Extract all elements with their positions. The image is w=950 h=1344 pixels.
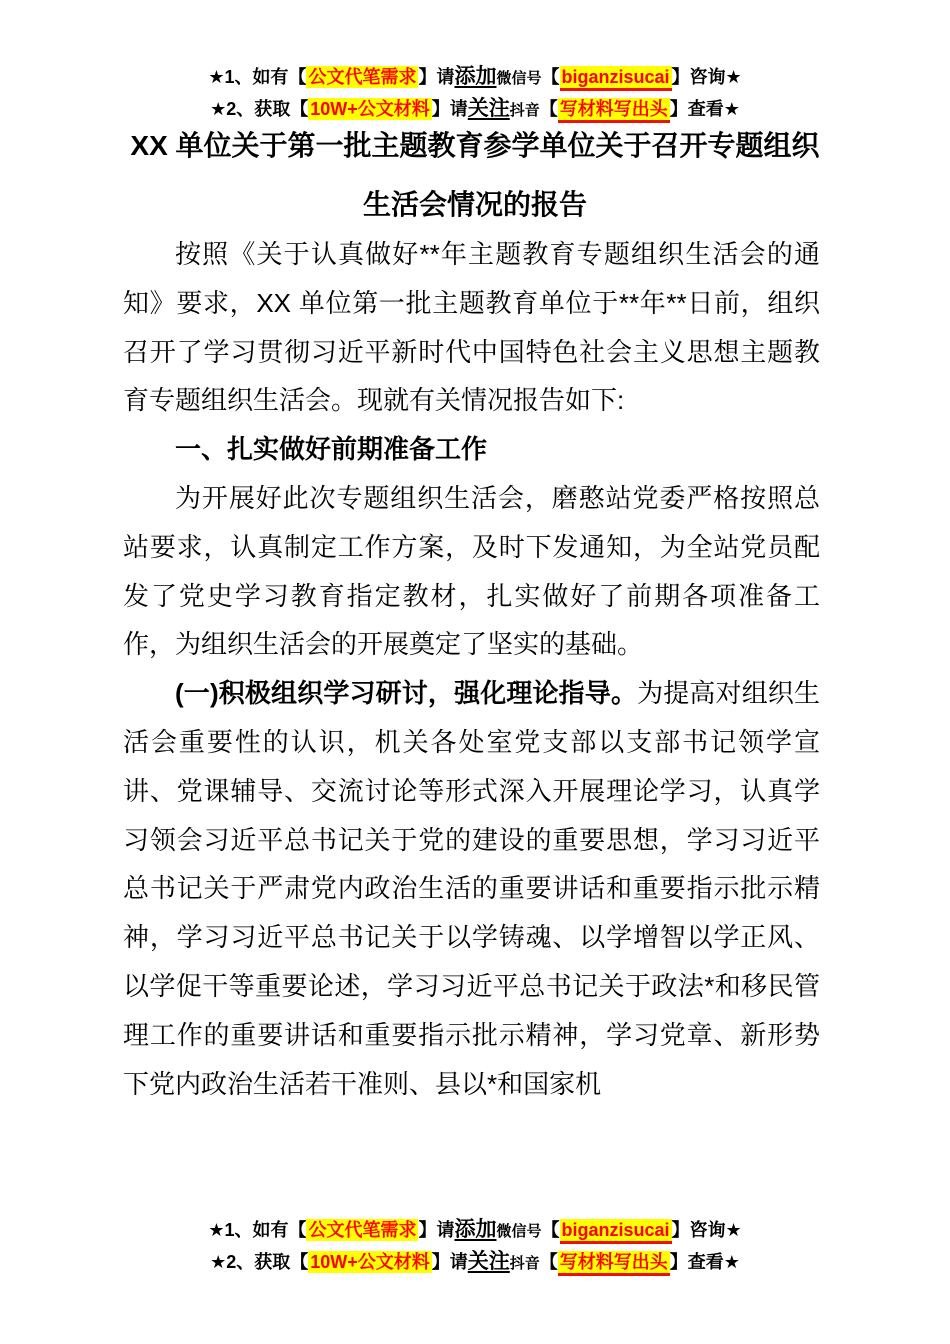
document-title: XX 单位关于第一批主题教育参学单位关于召开专题组织生活会情况的报告 (125, 116, 825, 234)
promo-line-1: ★1、如有【公文代笔需求】请添加微信号【biganzisucai】咨询★ (0, 62, 950, 94)
promo-tail-text: 】咨询★ (672, 1220, 742, 1240)
section-heading-1: 一、扎实做好前期准备工作 (123, 425, 820, 474)
promo-line-1: ★1、如有【公文代笔需求】请添加微信号【biganzisucai】咨询★ (0, 1215, 950, 1247)
promo-highlight-service: 公文代笔需求 (306, 1219, 418, 1241)
document-page: ★1、如有【公文代笔需求】请添加微信号【biganzisucai】咨询★ ★2、… (0, 0, 950, 1344)
promo-tail-text: 】查看★ (670, 1252, 740, 1272)
promo-line-2: ★2、获取【10W+公文材料】请关注抖音【写材料写出头】查看★ (0, 1247, 950, 1279)
promo-banner-bottom: ★1、如有【公文代笔需求】请添加微信号【biganzisucai】咨询★ ★2、… (0, 1215, 950, 1279)
promo-channel-label: 微信号 (496, 1223, 541, 1240)
promo-action-underlined: 添加 (454, 1218, 496, 1241)
promo-bracket-text: 】请 (418, 1220, 454, 1240)
promo-highlight-service: 公文代笔需求 (306, 66, 418, 88)
promo-channel-label: 抖音 (510, 1255, 540, 1272)
paragraph-intro: 按照《关于认真做好**年主题教育专题组织生活会的通知》要求，XX 单位第一批主题… (123, 230, 820, 425)
document-body: 按照《关于认真做好**年主题教育专题组织生活会的通知》要求，XX 单位第一批主题… (123, 230, 820, 1108)
paragraph-study: (一)积极组织学习研讨，强化理论指导。为提高对组织生活会重要性的认识，机关各处室… (123, 669, 820, 1108)
promo-action-underlined: 添加 (454, 65, 496, 88)
promo-bracket-text: 】请 (418, 67, 454, 87)
promo-star-text: ★1、如有【 (208, 1220, 306, 1240)
promo-open-bracket: 【 (542, 67, 560, 87)
paragraph-study-rest: 为提高对组织生活会重要性的认识，机关各处室党支部以支部书记领学宣讲、党课辅导、交… (123, 678, 820, 1098)
promo-highlight-materials: 10W+公文材料 (308, 1251, 432, 1273)
promo-bracket-text: 】请 (432, 1252, 468, 1272)
paragraph-preparation: 为开展好此次专题组织生活会，磨憨站党委严格按照总站要求，认真制定工作方案，及时下… (123, 474, 820, 669)
promo-open-bracket: 【 (542, 1220, 560, 1240)
paragraph-study-lead: (一)积极组织学习研讨，强化理论指导。 (175, 678, 637, 708)
promo-action-underlined: 关注 (468, 1250, 510, 1273)
promo-star-text: ★2、获取【 (210, 1252, 308, 1272)
promo-star-text: ★1、如有【 (208, 67, 306, 87)
promo-account-highlighted: biganzisucai (560, 66, 672, 91)
promo-tail-text: 】咨询★ (672, 67, 742, 87)
promo-open-bracket: 【 (540, 1252, 558, 1272)
promo-account-highlighted: biganzisucai (560, 1219, 672, 1244)
promo-account-highlighted: 写材料写出头 (558, 1251, 670, 1276)
promo-channel-label: 微信号 (496, 70, 541, 87)
